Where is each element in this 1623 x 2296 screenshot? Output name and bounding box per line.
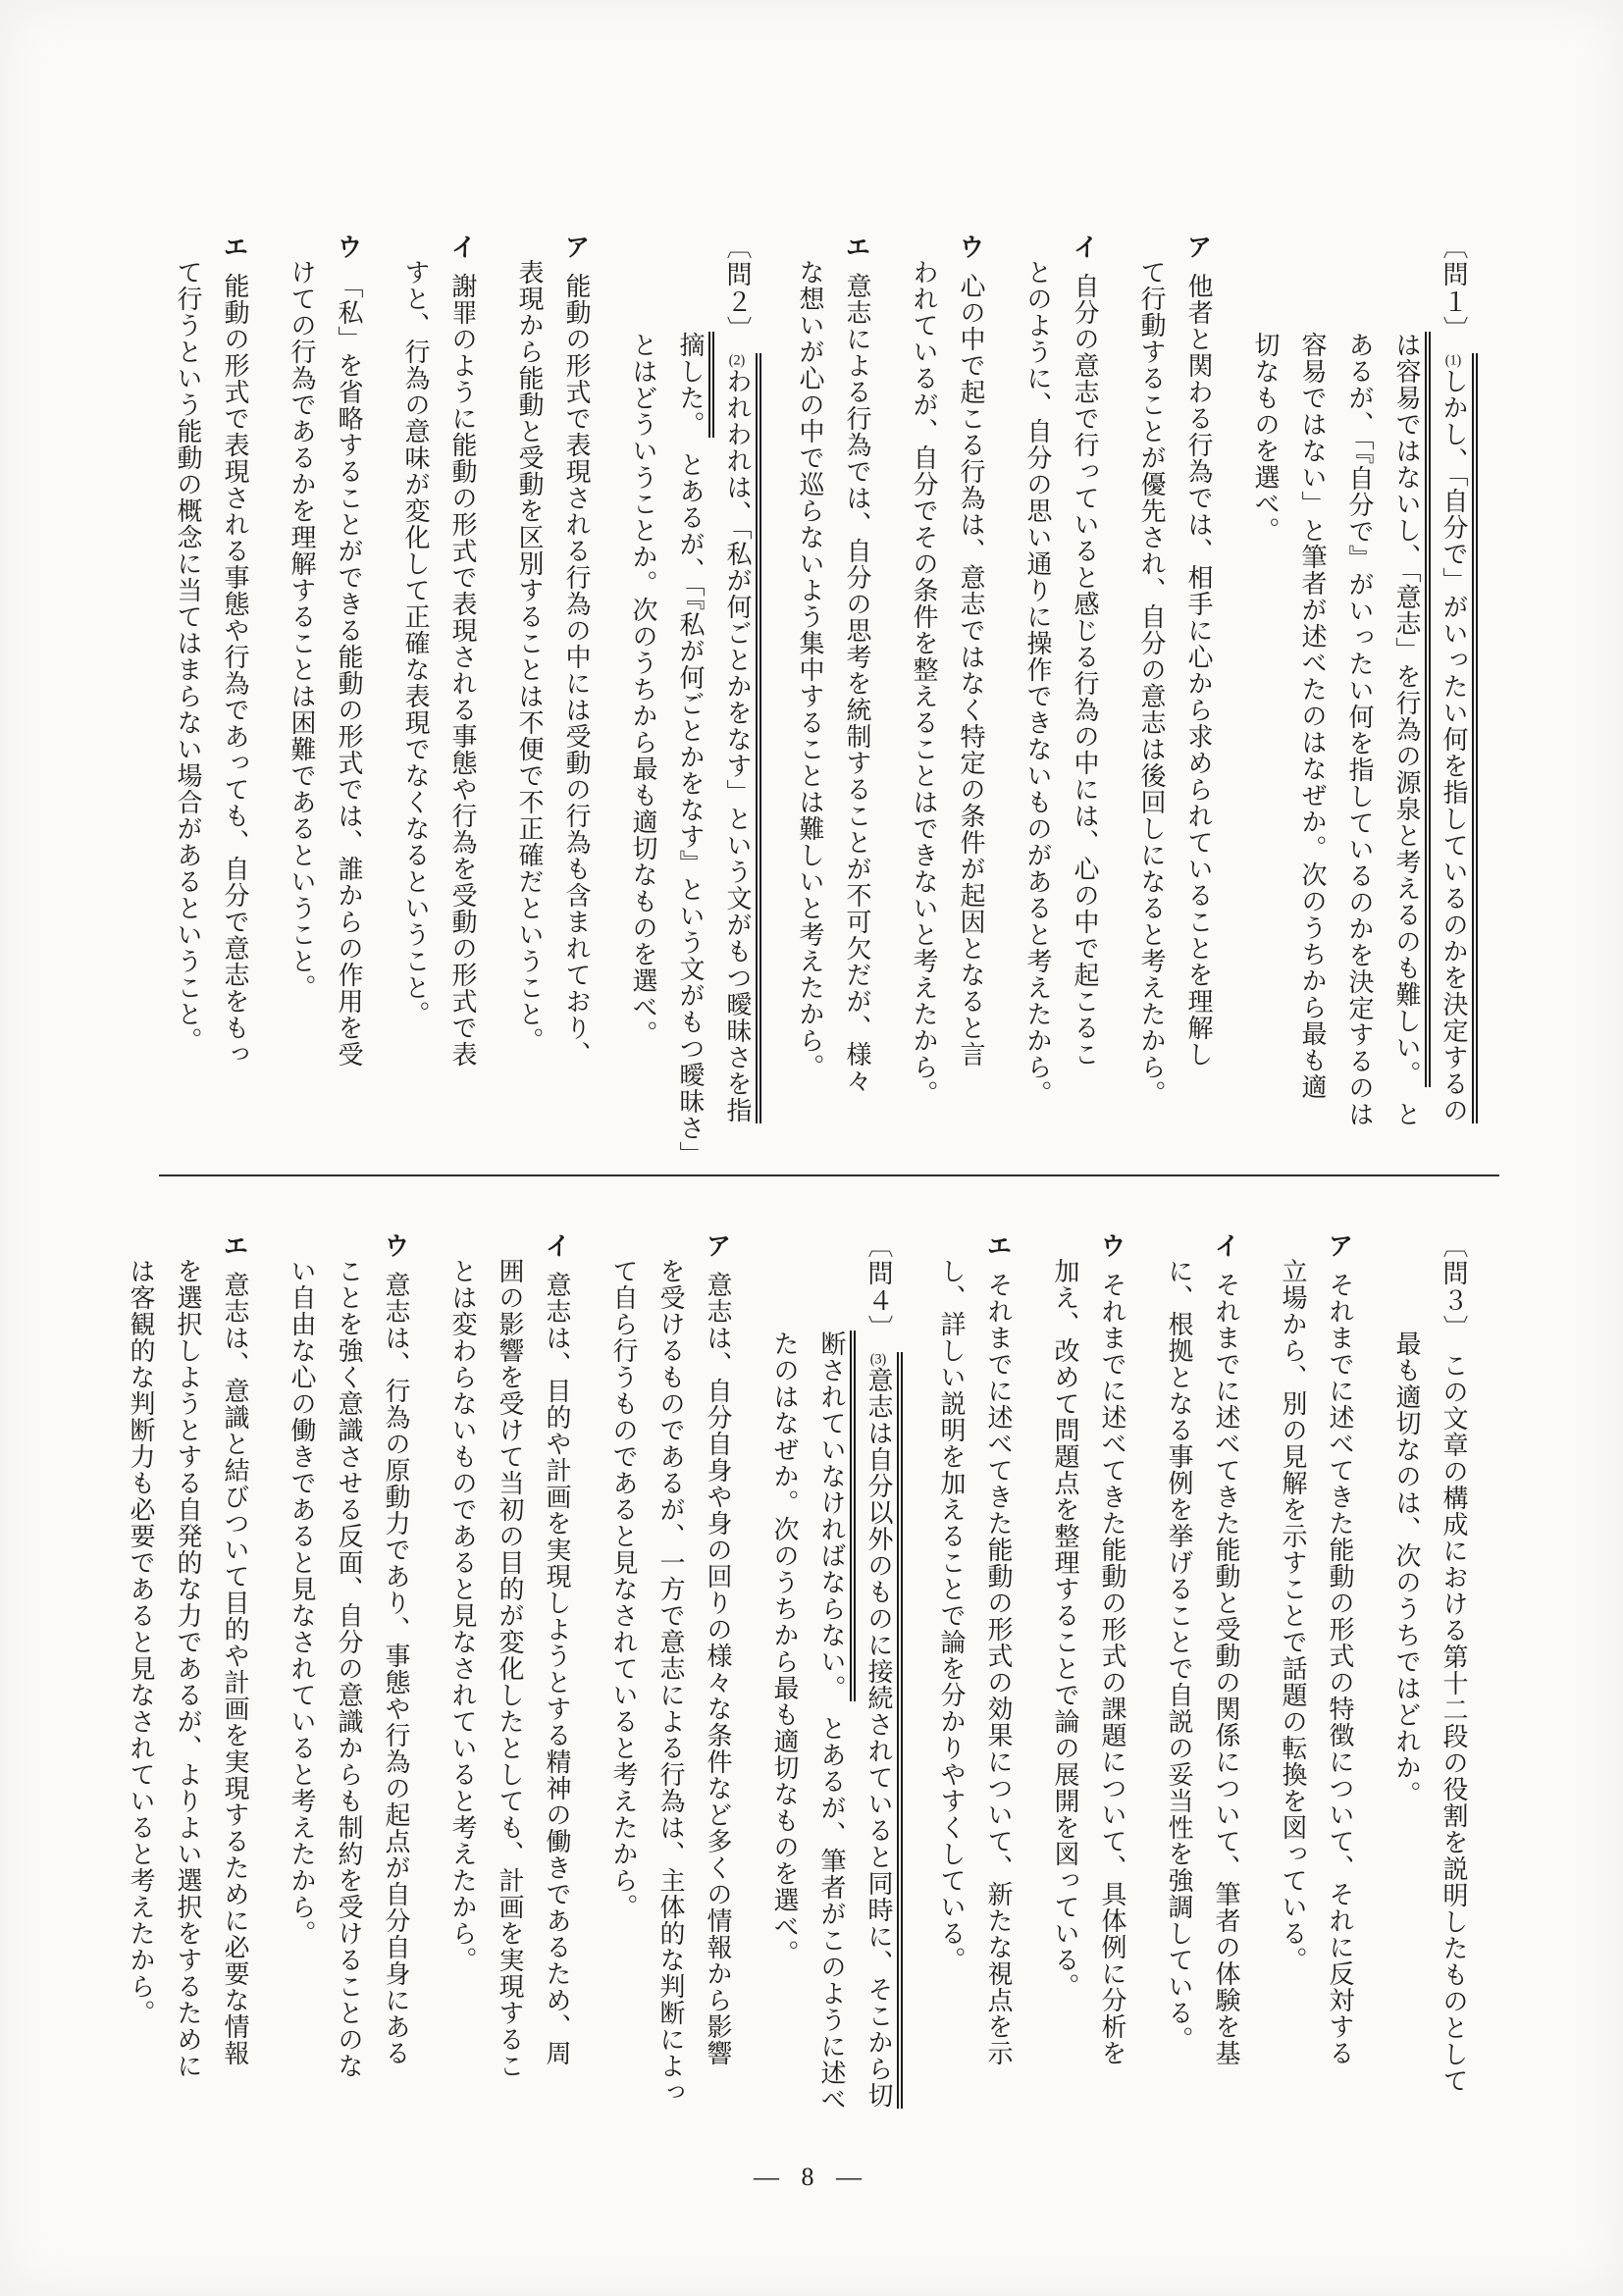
option-text-cont: て行動することが優先され、自分の意志は後回しになると考えたから。 bbox=[1127, 234, 1175, 1193]
q3-option-i: イそれまでに述べてきた能動と受動の関係について、筆者の体験を基 に、根拠となる事… bbox=[1155, 1232, 1249, 2189]
option-text: 意志は、行為の原動力であり、事態や行為の起点が自分自身にある bbox=[382, 1272, 410, 2066]
option-text: 他者と関わる行為では、相手に心から求められていることを理解し bbox=[1184, 273, 1213, 1068]
q1-option-i: イ自分の意志で行っていると感じる行為の中には、心の中で起こるこ とのように、自分… bbox=[1014, 234, 1108, 1168]
top-section: 〔問１〕(1)しかし、「自分で」がいったい何を指しているのかを決定するの は容易… bbox=[98, 234, 1477, 1168]
question-1: 〔問１〕(1)しかし、「自分で」がいったい何を指しているのかを決定するの は容易… bbox=[786, 234, 1477, 1168]
option-marker-u: ウ bbox=[381, 1232, 410, 1258]
option-text: 意志による行為では、自分の思考を統制することが不可欠だが、様々 bbox=[843, 273, 871, 1094]
q4-underlined-quote-1: (3)意志は自分以外のものに接続されていると同時に、そこから切 bbox=[864, 1352, 903, 2109]
option-text-cont: 加え、改めて問題点を整理することで論の展開を図っている。 bbox=[1041, 1232, 1088, 2215]
option-marker-a: ア bbox=[561, 234, 591, 259]
option-text-cont: を受けるものであるが、一方で意志による行為は、主体的な判断によっ bbox=[647, 1232, 694, 2215]
q4-underlined-quote-2: 断されていなければならない。 bbox=[817, 1331, 856, 1701]
option-text-cont: て自ら行うものであると見なされていると考えたから。 bbox=[600, 1232, 647, 2215]
option-line: ウ「私」を省略することができる能動の形式では、誰からの作用を受 bbox=[325, 234, 372, 1168]
option-text-cont: ことを強く意識させる反面、自分の意識からも制約を受けることのな bbox=[325, 1232, 372, 2215]
question-3: 〔問３〕この文章の構成における第十二段の役割を説明したものとして 最も適切なのは… bbox=[927, 1232, 1477, 2189]
q4-stem-line-1: たのはなぜか。次のうちから最も適切なものを選べ。 bbox=[760, 1232, 808, 2287]
q2-stem-line-1: とはどういうことか。次のうちから最も適切なものを選べ。 bbox=[619, 234, 666, 1266]
q1-stem-line-2: 容易ではない」と筆者が述べたのはなぜか。次のうちから最も適 bbox=[1288, 234, 1335, 1266]
option-marker-i: イ bbox=[1211, 1232, 1240, 1258]
q4-after-quote-text: とあるが、筆者がこのように述べ bbox=[817, 1715, 846, 2113]
q4-option-e: エ意志は、意識と結びついて目的や計画を実現するために必要な情報 を選択しようとす… bbox=[117, 1232, 258, 2189]
q1-stem-line-1: あるが、「『自分で』がいったい何を指しているのかを決定するのは bbox=[1335, 234, 1383, 1266]
option-line: ア能動の形式で表現される行為の中には受動の行為も含まれており、 bbox=[552, 234, 600, 1168]
option-text-cont: を選択しようとする自発的な力であるが、よりよい選択をするために bbox=[164, 1232, 211, 2215]
option-text: 意志は、意識と結びついて目的や計画を実現するために必要な情報 bbox=[221, 1272, 249, 2066]
option-line: アそれまでに述べてきた能動の形式の特徴について、それに反対する bbox=[1316, 1232, 1363, 2189]
option-line: ア他者と関わる行為では、相手に心から求められていることを理解し bbox=[1175, 234, 1222, 1168]
option-text: 能動の形式で表現される行為の中には受動の行為も含まれており、 bbox=[562, 273, 591, 1068]
q4-option-a: ア意志は、自分自身や身の回りの様々な条件など多くの情報から影響 を受けるものであ… bbox=[600, 1232, 741, 2189]
q1-header-line: 〔問１〕(1)しかし、「自分で」がいったい何を指しているのかを決定するの bbox=[1430, 234, 1477, 1168]
q2-label: 〔問２〕 bbox=[723, 234, 752, 343]
option-text-cont: われているが、自分でその条件を整えることはできないと考えたから。 bbox=[900, 234, 947, 1193]
q1-stem-line-3: 切なものを選べ。 bbox=[1241, 234, 1288, 1266]
q4-quote-line-2: 断されていなければならない。とあるが、筆者がこのように述べ bbox=[808, 1232, 855, 2287]
option-line: ア意志は、自分自身や身の回りの様々な条件など多くの情報から影響 bbox=[694, 1232, 741, 2189]
option-text-cont: い自由な心の働きであると見なされていると考えたから。 bbox=[278, 1232, 325, 2215]
option-text: それまでに述べてきた能動と受動の関係について、筆者の体験を基 bbox=[1212, 1272, 1240, 2066]
q1-quote-text-1: しかし、「自分で」がいったい何を指しているのかを決定するの bbox=[1440, 368, 1468, 1123]
q2-quote-text-1: われわれは、「私が何ごとかをなす」という文がもつ曖昧さを指 bbox=[723, 368, 752, 1123]
option-text-cont: し、詳しい説明を加えることで論を分かりやすくしている。 bbox=[927, 1232, 974, 2215]
option-text: それまでに述べてきた能動の形式の特徴について、それに反対する bbox=[1326, 1272, 1354, 2066]
q2-option-a: ア能動の形式で表現される行為の中には受動の行為も含まれており、 表現から能動と受… bbox=[505, 234, 600, 1168]
option-marker-a: ア bbox=[703, 1232, 732, 1258]
option-text-cont: な想いが心の中で巡らないよう集中することは難しいと考えたから。 bbox=[786, 234, 833, 1193]
option-line: エ意志は、意識と結びついて目的や計画を実現するために必要な情報 bbox=[211, 1232, 258, 2189]
option-text: 「私」を省略することができる能動の形式では、誰からの作用を受 bbox=[335, 273, 363, 1068]
q4-option-i: イ意志は、目的や計画を実現しようとする精神の働きであるため、周 囲の影響を受けて… bbox=[439, 1232, 580, 2189]
q1-underlined-quote-2: は容易ではないし、「意志」を行為の源泉と考えるのも難しい。 bbox=[1392, 332, 1431, 1087]
option-text: 心の中で起こる行為は、意志ではなく特定の条件が起因となると言 bbox=[957, 273, 985, 1068]
option-line: ウそれまでに述べてきた能動の形式の課題について、具体例に分析を bbox=[1088, 1232, 1135, 2189]
q3-header-line: 〔問３〕この文章の構成における第十二段の役割を説明したものとして bbox=[1430, 1232, 1477, 2189]
q4-option-u: ウ意志は、行為の原動力であり、事態や行為の起点が自分自身にある ことを強く意識さ… bbox=[278, 1232, 419, 2189]
option-text: 謝罪のように能動の形式で表現される事態や行為を受動の形式で表 bbox=[448, 273, 477, 1068]
option-text-cont: とのように、自分の思い通りに操作できないものがあると考えたから。 bbox=[1014, 234, 1061, 1193]
q1-option-u: ウ心の中で起こる行為は、意志ではなく特定の条件が起因となると言 われているが、自… bbox=[900, 234, 994, 1168]
option-line: ウ心の中で起こる行為は、意志ではなく特定の条件が起因となると言 bbox=[947, 234, 994, 1168]
q3-stem-line-2: 最も適切なのは、次のうちではどれか。 bbox=[1383, 1232, 1430, 2287]
option-text-cont: すと、行為の意味が変化して正確な表現でなくなるということ。 bbox=[392, 234, 439, 1193]
option-text: 自分の意志で行っていると感じる行為の中には、心の中で起こるこ bbox=[1071, 273, 1099, 1068]
option-marker-i: イ bbox=[1070, 234, 1099, 259]
question-2: 〔問２〕(2)われわれは、「私が何ごとかをなす」という文がもつ曖昧さを指 摘した… bbox=[164, 234, 760, 1168]
ref-mark-2: (2) bbox=[729, 353, 745, 368]
option-line: エ意志による行為では、自分の思考を統制することが不可欠だが、様々 bbox=[833, 234, 880, 1168]
option-marker-a: ア bbox=[1183, 234, 1213, 259]
option-line: ウ意志は、行為の原動力であり、事態や行為の起点が自分自身にある bbox=[372, 1232, 419, 2189]
q2-option-i: イ謝罪のように能動の形式で表現される事態や行為を受動の形式で表 すと、行為の意味… bbox=[392, 234, 486, 1168]
option-text: 意志は、自分自身や身の回りの様々な条件など多くの情報から影響 bbox=[704, 1272, 732, 2066]
option-line: イそれまでに述べてきた能動と受動の関係について、筆者の体験を基 bbox=[1202, 1232, 1249, 2189]
exam-page: 〔問１〕(1)しかし、「自分で」がいったい何を指しているのかを決定するの は容易… bbox=[0, 0, 1623, 2296]
q2-underlined-quote-1: (2)われわれは、「私が何ごとかをなす」という文がもつ曖昧さを指 bbox=[723, 353, 761, 1123]
q3-option-a: アそれまでに述べてきた能動の形式の特徴について、それに反対する 立場から、別の見… bbox=[1269, 1232, 1363, 2189]
option-line: イ謝罪のように能動の形式で表現される事態や行為を受動の形式で表 bbox=[439, 234, 486, 1168]
q3-label: 〔問３〕 bbox=[1440, 1232, 1468, 1342]
q2-option-u: ウ「私」を省略することができる能動の形式では、誰からの作用を受 けての行為である… bbox=[278, 234, 372, 1168]
q3-option-u: ウそれまでに述べてきた能動の形式の課題について、具体例に分析を 加え、改めて問題… bbox=[1041, 1232, 1135, 2189]
option-text-cont: 表現から能動と受動を区別することは不便で不正確だということ。 bbox=[505, 234, 552, 1193]
option-marker-u: ウ bbox=[334, 234, 363, 259]
option-line: エそれまでに述べてきた能動の形式の効果について、新たな視点を示 bbox=[974, 1232, 1021, 2189]
option-text-cont: とは変わらないものであると見なされていると考えたから。 bbox=[439, 1232, 486, 2215]
q3-stem-line-1: この文章の構成における第十二段の役割を説明したものとして bbox=[1440, 1352, 1468, 2094]
option-text: それまでに述べてきた能動の形式の課題について、具体例に分析を bbox=[1098, 1272, 1126, 2066]
q1-after-quote-text: と bbox=[1392, 1101, 1421, 1127]
option-marker-a: ア bbox=[1325, 1232, 1354, 1258]
option-text: 能動の形式で表現される事態や行為であっても、自分で意志をもっ bbox=[221, 273, 249, 1068]
option-marker-e: エ bbox=[842, 234, 871, 259]
option-text: それまでに述べてきた能動の形式の効果について、新たな視点を示 bbox=[984, 1272, 1013, 2066]
option-text: 意志は、目的や計画を実現しようとする精神の働きであるため、周 bbox=[543, 1272, 571, 2066]
bottom-section: 〔問３〕この文章の構成における第十二段の役割を説明したものとして 最も適切なのは… bbox=[98, 1232, 1477, 2189]
q3-option-e: エそれまでに述べてきた能動の形式の効果について、新たな視点を示 し、詳しい説明を… bbox=[927, 1232, 1021, 2189]
q4-header-line: 〔問４〕(3)意志は自分以外のものに接続されていると同時に、そこから切 bbox=[855, 1232, 902, 2189]
option-marker-u: ウ bbox=[1097, 1232, 1126, 1258]
q1-quote-line-2: は容易ではないし、「意志」を行為の源泉と考えるのも難しい。と bbox=[1383, 234, 1430, 1266]
option-line: イ意志は、目的や計画を実現しようとする精神の働きであるため、周 bbox=[533, 1232, 580, 2189]
option-text-cont: 立場から、別の見解を示すことで話題の転換を図っている。 bbox=[1269, 1232, 1316, 2215]
option-line: イ自分の意志で行っていると感じる行為の中には、心の中で起こるこ bbox=[1061, 234, 1108, 1168]
question-4: 〔問４〕(3)意志は自分以外のものに接続されていると同時に、そこから切 断されて… bbox=[117, 1232, 902, 2189]
q2-quote-line-2: 摘した。とあるが、「『私が何ごとかをなす』という文がもつ曖昧さ」 bbox=[666, 234, 713, 1266]
q2-option-e: エ能動の形式で表現される事態や行為であっても、自分で意志をもっ て行うという能動… bbox=[164, 234, 258, 1168]
option-marker-e: エ bbox=[220, 234, 249, 259]
option-marker-e: エ bbox=[220, 1232, 249, 1258]
page-number: ― 8 ― bbox=[0, 2163, 1623, 2192]
option-marker-i: イ bbox=[542, 1232, 571, 1258]
option-marker-i: イ bbox=[447, 234, 477, 259]
option-text-cont: は客観的な判断力も必要であると見なされていると考えたから。 bbox=[117, 1232, 164, 2215]
ref-mark-1: (1) bbox=[1445, 353, 1461, 368]
q2-after-quote-text: とあるが、「『私が何ごとかをなす』という文がもつ曖昧さ」 bbox=[676, 451, 705, 1168]
q1-label: 〔問１〕 bbox=[1440, 234, 1468, 343]
q2-underlined-quote-2: 摘した。 bbox=[676, 332, 714, 438]
ref-mark-3: (3) bbox=[870, 1352, 886, 1367]
option-text-cont: て行うという能動の概念に当てはまらない場合があるということ。 bbox=[164, 234, 211, 1193]
q1-option-e: エ意志による行為では、自分の思考を統制することが不可欠だが、様々 な想いが心の中… bbox=[786, 234, 880, 1168]
q1-option-a: ア他者と関わる行為では、相手に心から求められていることを理解し て行動することが… bbox=[1127, 234, 1222, 1168]
q2-header-line: 〔問２〕(2)われわれは、「私が何ごとかをなす」という文がもつ曖昧さを指 bbox=[713, 234, 760, 1168]
option-marker-u: ウ bbox=[956, 234, 985, 259]
q4-label: 〔問４〕 bbox=[864, 1232, 893, 1342]
option-text-cont: 囲の影響を受けて当初の目的が変化したとしても、計画を実現するこ bbox=[486, 1232, 533, 2215]
q4-quote-text-1: 意志は自分以外のものに接続されていると同時に、そこから切 bbox=[864, 1367, 893, 2109]
section-divider bbox=[159, 1174, 1499, 1176]
q1-underlined-quote-1: (1)しかし、「自分で」がいったい何を指しているのかを決定するの bbox=[1440, 353, 1478, 1123]
option-line: エ能動の形式で表現される事態や行為であっても、自分で意志をもっ bbox=[211, 234, 258, 1168]
option-text-cont: けての行為であるかを理解することは困難であるということ。 bbox=[278, 234, 325, 1193]
option-text-cont: に、根拠となる事例を挙げることで自説の妥当性を強調している。 bbox=[1155, 1232, 1202, 2215]
option-marker-e: エ bbox=[983, 1232, 1013, 1258]
